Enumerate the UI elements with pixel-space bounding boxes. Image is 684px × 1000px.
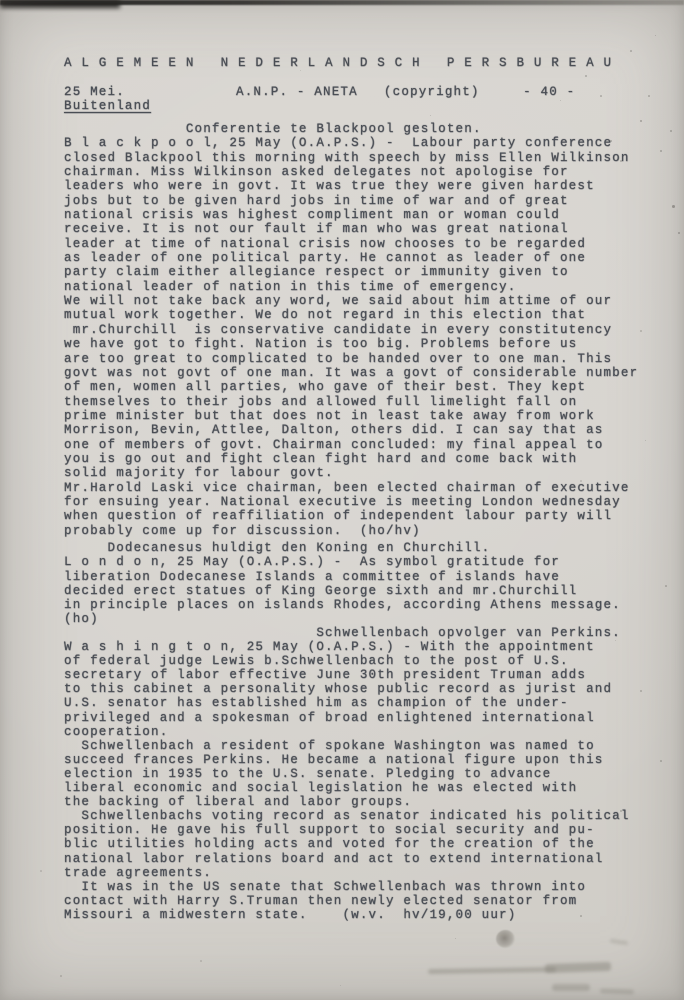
text-line: B l a c k p o o l, 25 May (O.A.P.S.) - L… [64,136,638,150]
smudge-mark [610,939,628,945]
text-line: receive. It is not our fault if man who … [64,222,638,236]
text-line: trade agreements. [64,866,630,880]
text-line: one of members of govt. Chairman conclud… [64,438,638,452]
article-dodecanese-tribute: Dodecanesus huldigt den Koning en Church… [64,541,621,627]
paper-speck [620,160,622,162]
smudge-mark [545,962,611,973]
smudge-mark [552,984,590,991]
paper-speck [660,150,662,152]
paper-speck [150,330,152,332]
text-line: Schwellenbachs voting record as senator … [64,809,630,823]
date-issue-line: 25 Mei.A.N.P. - ANETA (copyright) - 40 - [64,85,612,99]
text-line: you is go out and fight clean fight hard… [64,452,638,466]
agency-title: A L G E M E E N N E D E R L A N D S C H … [64,56,612,70]
text-line: we have got to fight. Nation is too big.… [64,337,638,351]
text-line: leaders who were in govt. It was true th… [64,179,638,193]
text-line: liberal economic and social legislation … [64,781,630,795]
paper-speck [430,115,431,116]
paper-speck [340,985,341,986]
paper-speck [455,938,456,939]
text-line: for ensuing year. National executive is … [64,495,638,509]
text-line: Missouri a midwestern state. (w.v. hv/19… [64,908,630,922]
text-line: of federal judge Lewis b.Schwellenbach t… [64,654,630,668]
text-line: chairman. Miss Wilkinson asked delegates… [64,165,638,179]
article-title: Conferentie te Blackpool gesloten. [64,122,638,136]
ink-stain [496,930,515,948]
text-line: jobs but to be given hard jobs in time o… [64,194,638,208]
text-line: prime minister but that does not in leas… [64,409,638,423]
text-line: leader at time of national crisis now ch… [64,237,638,251]
paper-speck [585,75,587,77]
text-line: position. He gave his full support to so… [64,823,630,837]
paper-speck [630,50,632,52]
text-line: when question of reaffiliation of indepe… [64,509,638,523]
paper-speck [640,330,642,332]
paper-speck [600,95,602,97]
text-line: succeed frances Perkins. He became a nat… [64,753,630,767]
text-line: contact with Harry S.Truman then newly e… [64,894,630,908]
article-title: Schwellenbach opvolger van Perkins. [64,626,630,640]
text-line: privileged and a spokesman of broad enli… [64,711,630,725]
text-line: themselves to their jobs and allowed ful… [64,395,638,409]
paper-speck [120,700,122,702]
text-line: decided erect statues of King George six… [64,584,621,598]
text-line: govt was not govt of one man. It was a g… [64,366,638,380]
text-line: national labor relations board and act t… [64,852,630,866]
paper-speck [90,180,92,182]
text-line: in principle places on islands Rhodes, a… [64,598,621,612]
paper-speck [40,870,42,872]
text-line: L o n d o n, 25 May (O.A.P.S.) - As symb… [64,555,621,569]
paper-speck [580,480,582,482]
text-line: (ho) [64,612,621,626]
scan-top-left-corner [0,0,120,8]
paper-speck [672,205,675,208]
paper-speck [665,585,667,587]
rubric-line: Buitenland [64,99,612,113]
text-line: secretary of labor effective June 30th p… [64,668,630,682]
text-line: W a s h i n g t o n, 25 May (O.A.P.S.) -… [64,640,630,654]
paper-speck [640,120,642,122]
text-line: probably come up for discussion. (ho/hv) [64,524,638,538]
paper-speck [60,975,62,977]
paper-speck [645,440,646,441]
paper-speck [678,232,680,234]
article-title: Dodecanesus huldigt den Koning en Church… [64,541,621,555]
text-line: closed Blackpool this morning with speec… [64,151,638,165]
text-line: party claim either allegiance respect or… [64,265,638,279]
smudge-mark [600,988,634,994]
text-line: It was in the US senate that Schwellenba… [64,880,630,894]
paper-speck [200,960,202,962]
text-line: solid majority for labour govt. [64,466,638,480]
smudge-mark [428,967,556,974]
document-header: A L G E M E E N N E D E R L A N D S C H … [64,56,612,113]
article-schwellenbach-appointment: Schwellenbach opvolger van Perkins.W a s… [64,626,630,922]
text-line: to this cabinet a personality whose publ… [64,682,630,696]
rubric-label: Buitenland [64,99,151,113]
document-page: A L G E M E E N N E D E R L A N D S C H … [0,0,684,1000]
text-line: liberation Dodecanese Islands a committe… [64,570,621,584]
text-line: Schwellenbach a resident of spokane Wash… [64,739,630,753]
text-line: We will not take back any word, we said … [64,294,638,308]
text-line: Morrison, Bevin, Attlee, Dalton, others … [64,423,638,437]
issue-label: A.N.P. - ANETA (copyright) - 40 - [236,85,575,99]
paper-speck [610,140,612,142]
date-label: 25 Mei. [64,85,125,99]
text-line: U.S. senator has established him as cham… [64,696,630,710]
text-line: cooperation. [64,725,630,739]
text-line: Mr.Harold Laski vice chairman, been elec… [64,481,638,495]
paper-speck [648,95,650,97]
text-line: national leader of nation in this time o… [64,280,638,294]
paper-speck [580,915,582,917]
text-line: mutual work together. We do not regard i… [64,308,638,322]
paper-speck [655,35,656,36]
text-line: are too great to complicated to be hande… [64,352,638,366]
header-spacer [64,70,612,84]
paper-speck [620,810,622,812]
text-line: blic utilities holding acts and voted fo… [64,837,630,851]
text-line: of men, women all parties, who gave of t… [64,380,638,394]
text-line: national crisis was highest compliment m… [64,208,638,222]
paper-speck [670,130,672,132]
text-line: the backing of liberal and labor groups. [64,795,630,809]
text-line: as leader of one political party. He can… [64,251,638,265]
text-line: election in 1935 to the U.S. senate. Ple… [64,767,630,781]
paper-speck [640,690,642,692]
paper-speck [660,760,662,762]
